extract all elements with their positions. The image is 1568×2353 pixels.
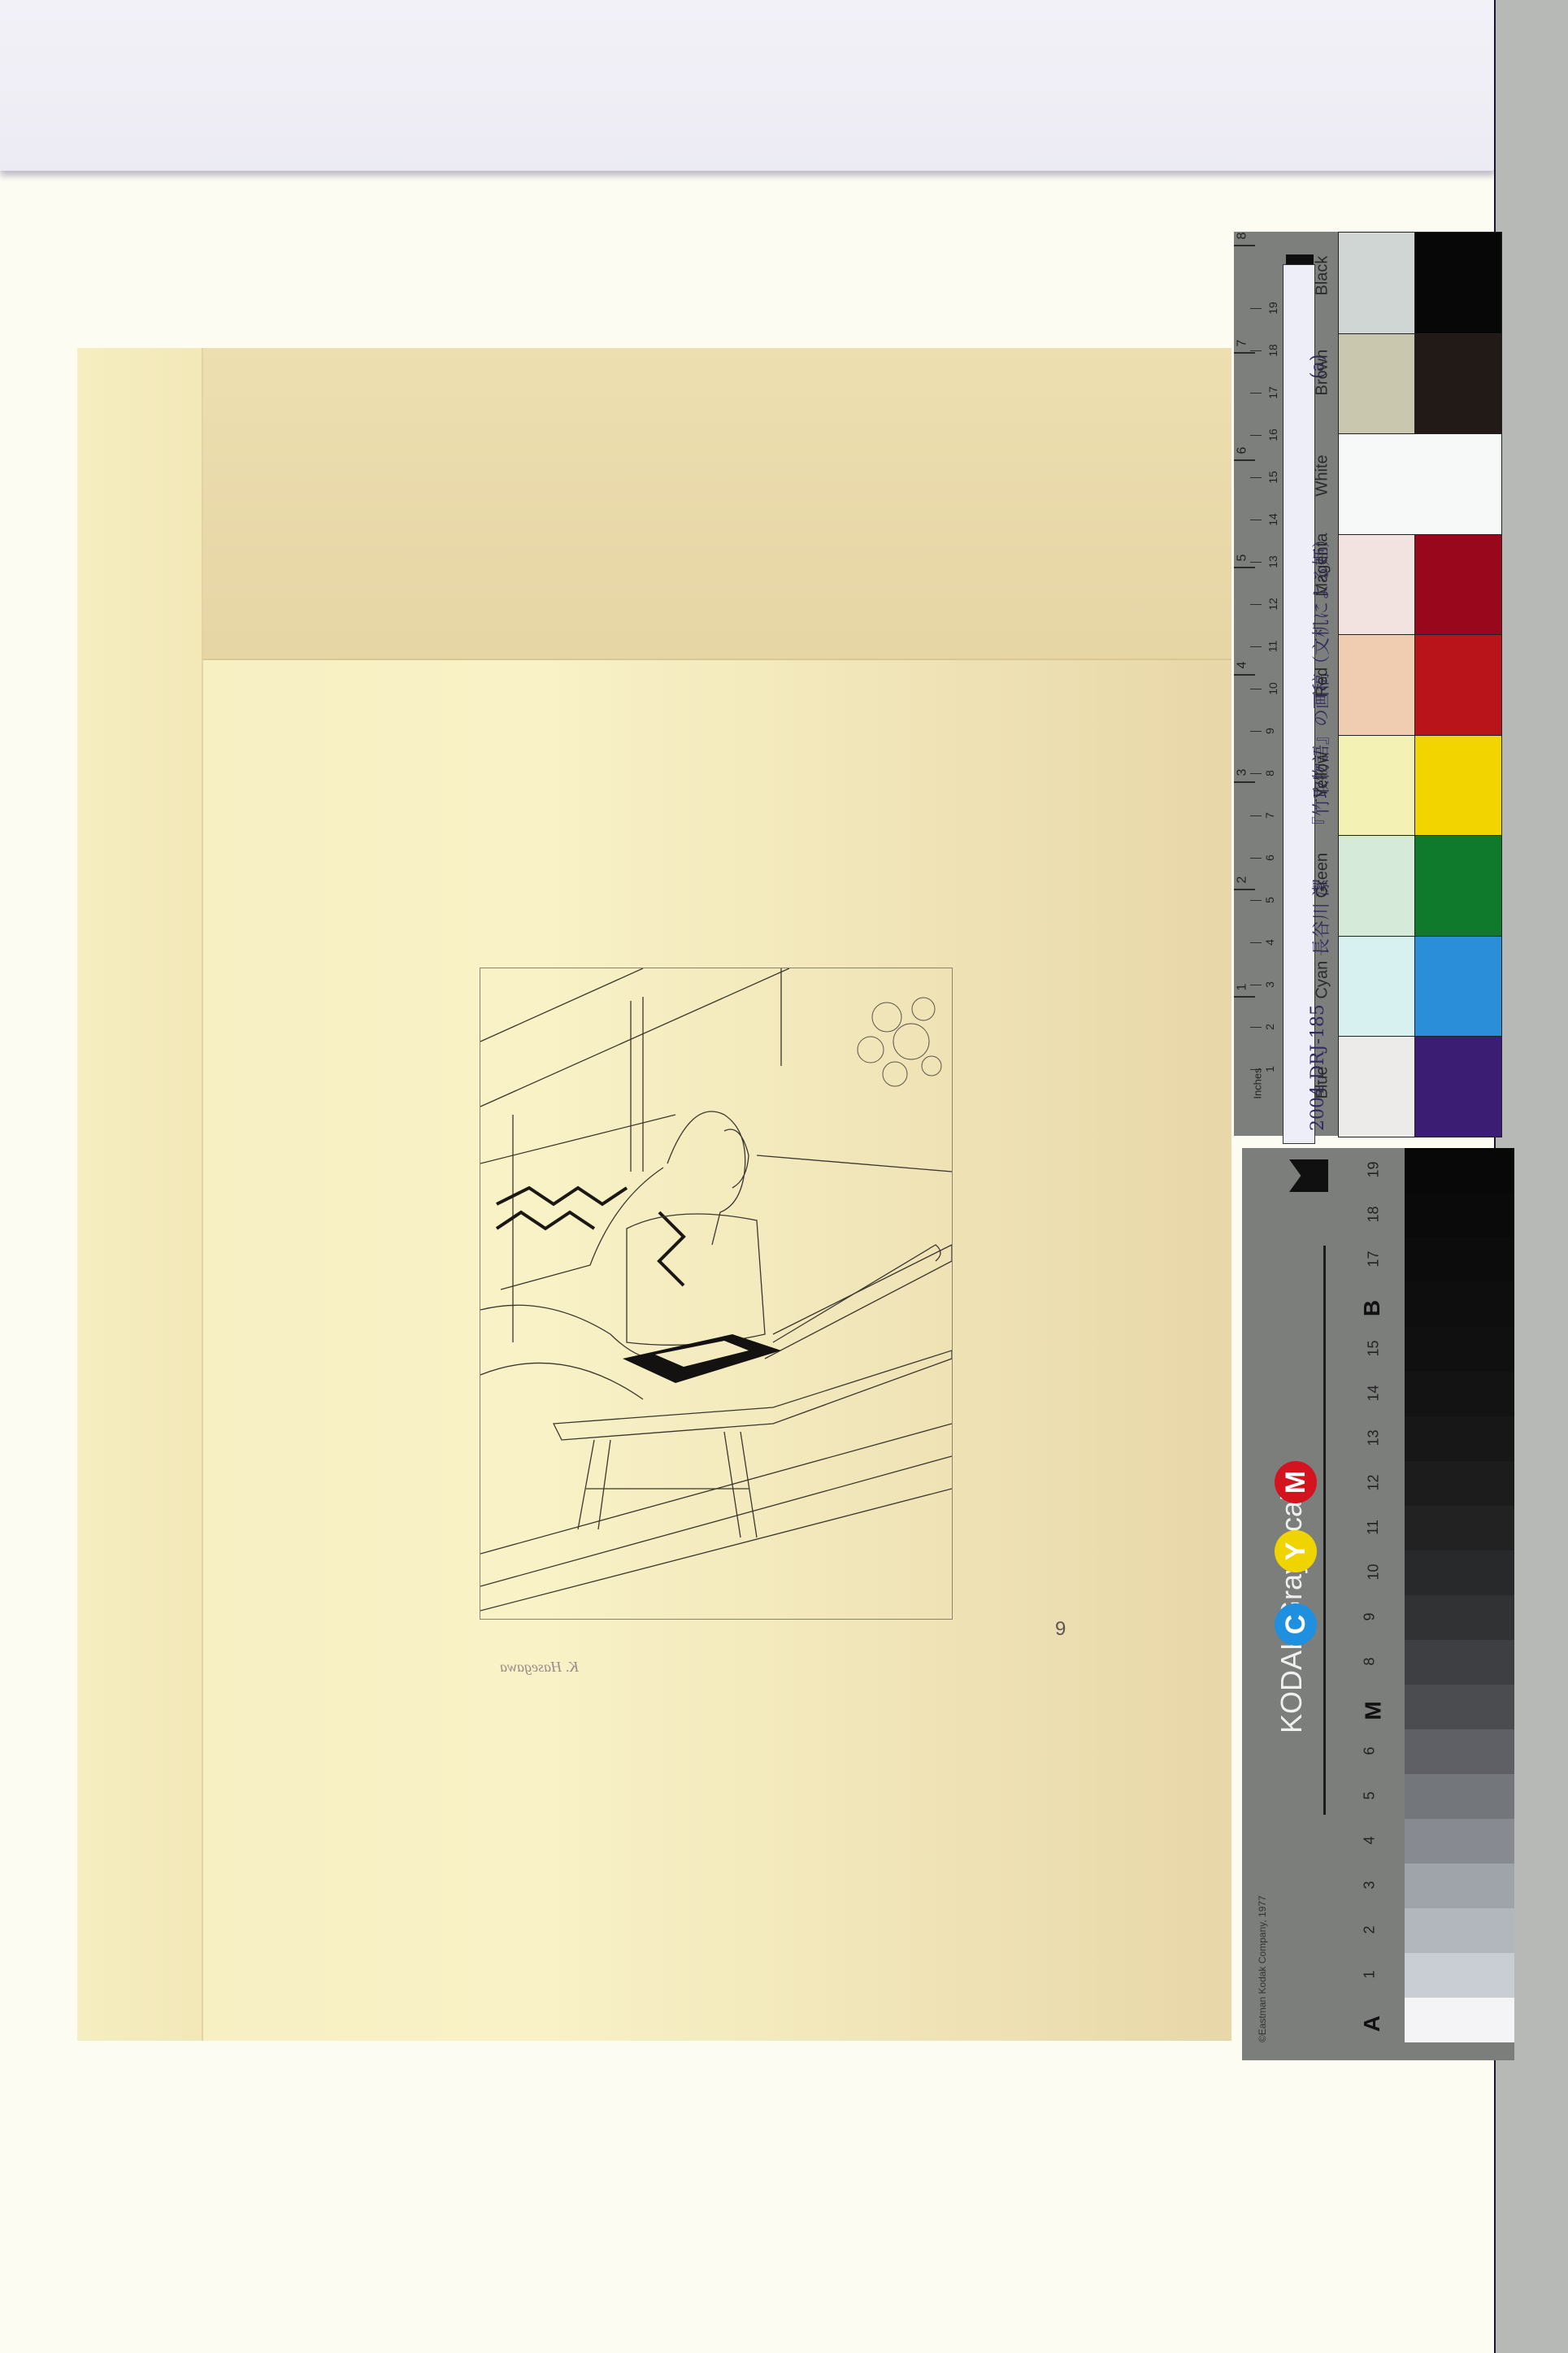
swatch-dark-red	[1414, 633, 1502, 736]
cm-mark: 19	[1266, 302, 1279, 315]
swatch-dark-cyan	[1414, 935, 1502, 1037]
swatch-light-black	[1338, 232, 1416, 334]
gray-step-label: 4	[1362, 1836, 1379, 1844]
cm-tick	[1250, 816, 1262, 816]
artist-signature: K. Hasegawa	[500, 1659, 579, 1676]
gray-step-label: 13	[1366, 1429, 1383, 1446]
pencil-mark: 9	[1055, 1618, 1066, 1641]
gray-step-label: 9	[1362, 1612, 1379, 1620]
ruler: Inches Centimeters 123456781234567891011…	[1234, 232, 1284, 1136]
inch-tick	[1234, 996, 1255, 998]
inch-tick	[1234, 459, 1255, 461]
copyright-text: ©Eastman Kodak Company, 1977	[1257, 1895, 1268, 2042]
inch-mark: 5	[1235, 555, 1249, 562]
swatch-dark-black	[1414, 232, 1502, 334]
cm-mark: 5	[1263, 897, 1276, 903]
gray-step	[1405, 1461, 1514, 1506]
gray-step-label: 10	[1366, 1564, 1383, 1580]
sketch-lines	[480, 968, 952, 1619]
gray-step-label: 1	[1362, 1970, 1379, 1978]
cm-tick	[1250, 985, 1262, 985]
gray-step-label: 3	[1362, 1881, 1379, 1889]
cm-mark: 12	[1266, 598, 1279, 611]
gray-step-label: 5	[1362, 1791, 1379, 1799]
cm-mark: 4	[1263, 939, 1276, 946]
gray-step	[1405, 1193, 1514, 1237]
gray-step-label: 11	[1365, 1520, 1382, 1535]
cm-mark: 6	[1263, 855, 1276, 861]
cm-mark: 10	[1266, 682, 1279, 695]
swatch-dark-brown	[1414, 333, 1502, 435]
cm-tick	[1250, 1069, 1262, 1070]
cm-mark: 7	[1263, 812, 1276, 819]
cm-mark: 18	[1266, 344, 1279, 357]
swatch-light-magenta	[1338, 533, 1416, 636]
inch-tick	[1234, 352, 1255, 354]
swatch-label-white: White	[1314, 472, 1332, 496]
cm-tick	[1250, 520, 1262, 520]
cym-marker-m: M	[1275, 1461, 1317, 1503]
cym-marker-y: Y	[1275, 1530, 1317, 1572]
gray-step-label: M	[1361, 1701, 1387, 1720]
inch-tick	[1234, 781, 1255, 783]
cm-mark: 9	[1263, 728, 1276, 734]
cm-tick	[1250, 731, 1262, 732]
accession-label-strip: 2004-DRJ-185 長谷川 潔 『竹取物語』の画稿（文机による姫） (a)	[1283, 264, 1315, 1144]
cm-tick	[1250, 308, 1262, 309]
swatch-light-yellow	[1338, 734, 1416, 837]
swatch-label-brown: Brown	[1314, 372, 1332, 396]
top-mat-sheet	[0, 0, 1496, 171]
kodak-logo-icon	[1289, 1159, 1328, 1192]
cym-marker-c: C	[1275, 1603, 1317, 1646]
gray-step	[1405, 1551, 1514, 1595]
inch-mark: 2	[1235, 876, 1249, 884]
kodak-gray-scale-card: KODAK Gray Scale ©Eastman Kodak Company,…	[1242, 1148, 1514, 2060]
gray-step	[1405, 1908, 1514, 1953]
cm-tick	[1250, 435, 1262, 436]
inch-mark: 4	[1235, 662, 1249, 669]
cm-mark: 15	[1266, 471, 1279, 484]
cm-mark: 11	[1266, 641, 1279, 653]
gray-step-label: 12	[1366, 1474, 1383, 1490]
gray-step-label: 15	[1366, 1340, 1383, 1356]
cm-mark: 16	[1266, 428, 1279, 441]
gray-step	[1405, 1819, 1514, 1864]
cm-mark: 3	[1263, 981, 1276, 988]
gray-step	[1405, 1372, 1514, 1416]
swatch-label-red: Red	[1314, 673, 1332, 698]
cm-tick	[1250, 858, 1262, 859]
inch-tick	[1234, 245, 1255, 246]
cm-tick	[1250, 646, 1262, 647]
swatch-light-cyan	[1338, 935, 1416, 1037]
inch-tick	[1234, 674, 1255, 676]
swatch-white	[1338, 433, 1502, 535]
gray-step	[1405, 1595, 1514, 1640]
cm-mark: 17	[1266, 386, 1279, 399]
kodak-color-card: Inches Centimeters 123456781234567891011…	[1234, 232, 1502, 1136]
cm-mark: 1	[1263, 1066, 1276, 1072]
cm-tick	[1250, 773, 1262, 774]
title-rule	[1323, 1246, 1326, 1815]
swatch-dark-green	[1414, 834, 1502, 937]
cm-mark: 14	[1266, 513, 1279, 526]
inch-tick	[1234, 889, 1255, 890]
swatch-label-blue: Blue	[1314, 1075, 1332, 1099]
gray-step	[1405, 1327, 1514, 1372]
cm-mark: 2	[1263, 1024, 1276, 1030]
swatch-dark-blue	[1414, 1035, 1502, 1137]
ruler-inches-label: Inches	[1252, 1068, 1264, 1098]
gray-step-label: 6	[1362, 1746, 1379, 1755]
inch-tick	[1234, 567, 1255, 568]
swatch-label-magenta: Magenta	[1314, 572, 1332, 597]
cm-tick	[1250, 393, 1262, 394]
gray-step	[1405, 1416, 1514, 1461]
gray-step-label: 17	[1366, 1250, 1383, 1267]
gray-step	[1405, 1685, 1514, 1729]
swatch-dark-magenta	[1414, 533, 1502, 636]
gray-step-label: 14	[1366, 1385, 1383, 1401]
gray-step	[1405, 1953, 1514, 1998]
gray-step	[1405, 1506, 1514, 1551]
inch-mark: 8	[1235, 233, 1249, 240]
gray-steps	[1405, 1148, 1514, 2042]
gray-step-label: 18	[1366, 1206, 1383, 1222]
sketch-artwork	[480, 968, 953, 1620]
inch-mark: 7	[1235, 340, 1249, 347]
gray-step-label: 8	[1362, 1657, 1379, 1665]
swatch-label-black: Black	[1314, 271, 1332, 295]
swatch-light-red	[1338, 633, 1416, 736]
cm-tick	[1250, 477, 1262, 478]
gray-step	[1405, 1998, 1514, 2042]
gray-step	[1405, 1774, 1514, 1819]
gray-step	[1405, 1864, 1514, 1908]
swatch-dark-yellow	[1414, 734, 1502, 837]
cm-mark: 13	[1266, 555, 1279, 568]
swatch-light-blue	[1338, 1035, 1416, 1137]
gray-step	[1405, 1640, 1514, 1685]
inch-mark: 3	[1235, 769, 1249, 776]
gray-step-label: 19	[1366, 1161, 1383, 1177]
cm-tick	[1250, 350, 1262, 351]
gray-step-label: A	[1359, 2015, 1385, 2031]
cm-tick	[1250, 900, 1262, 901]
cm-tick	[1250, 562, 1262, 563]
cm-tick	[1250, 942, 1262, 943]
swatch-light-brown	[1338, 333, 1416, 435]
inch-mark: 1	[1235, 984, 1249, 991]
paper-top-fold	[202, 348, 1231, 660]
cm-tick	[1250, 1027, 1262, 1028]
gray-step	[1405, 1237, 1514, 1282]
gray-step	[1405, 1729, 1514, 1774]
gray-step-label: 2	[1362, 1925, 1379, 1933]
cm-tick	[1250, 604, 1262, 605]
gray-step	[1405, 1282, 1514, 1327]
paper-left-flap	[77, 348, 203, 2041]
swatch-label-green: Green	[1314, 874, 1332, 898]
cm-tick	[1250, 689, 1262, 689]
swatch-light-green	[1338, 834, 1416, 937]
gray-step	[1405, 1148, 1514, 1193]
inch-mark: 6	[1235, 447, 1249, 455]
swatch-label-yellow: Yellow	[1314, 773, 1332, 798]
swatch-label-cyan: Cyan	[1314, 974, 1332, 998]
cm-mark: 8	[1263, 770, 1276, 776]
gray-step-label: B	[1359, 1299, 1385, 1316]
